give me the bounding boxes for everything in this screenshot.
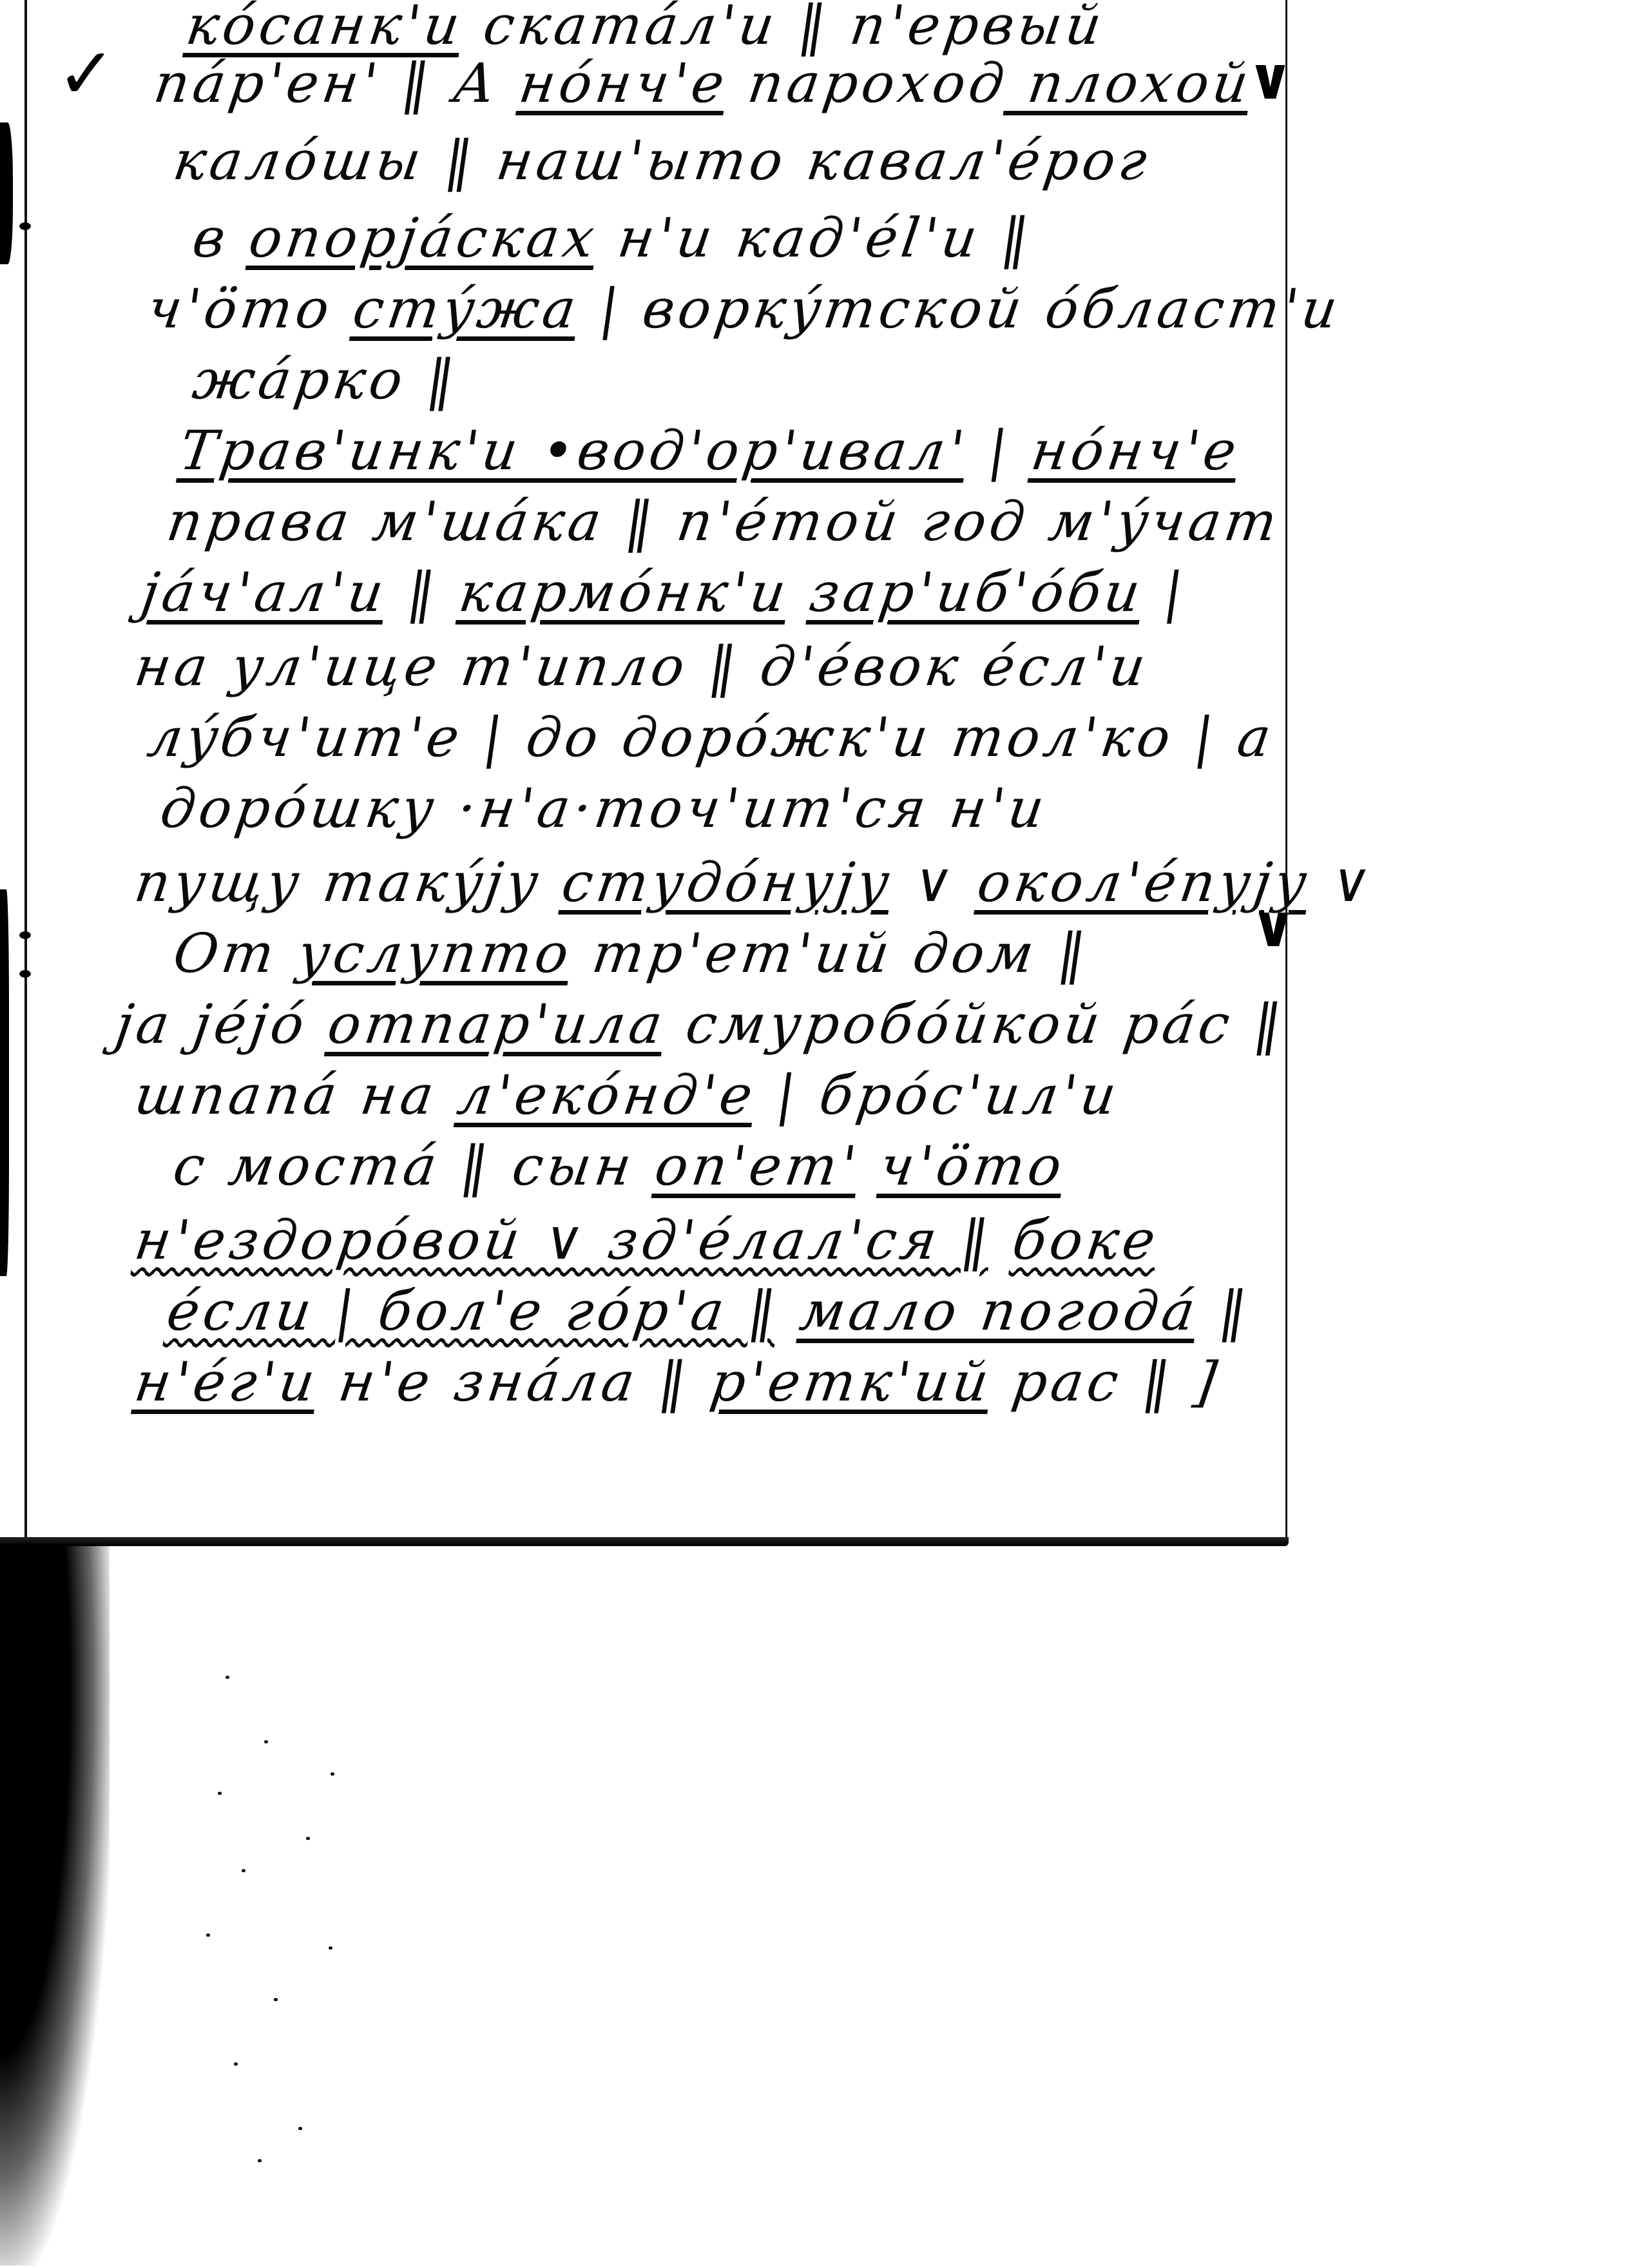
underlined-word: кармóнк'и (456, 561, 794, 624)
text-segment: jа jéjó (111, 993, 333, 1056)
text-line: дорóшку ·н'а·точ'ит'ся н'и (157, 777, 1052, 840)
text-segment: тр'ет'ий дом ‖ (568, 922, 1094, 985)
text-segment: скатáл'и ‖ п'ервый (459, 0, 1110, 57)
text-line: с мостá ‖ сын оп'ет' ч'ӧто (169, 1134, 1069, 1197)
underlined-word: н'ездорóвой ∨ зд'éлал'ся ‖ (131, 1208, 997, 1272)
underlined-word: нóнч'е (515, 52, 732, 115)
underlined-word: зар'иб'óби (805, 561, 1148, 624)
text-line: ч'ӧто стýжа | воркýтской óбласт'и (144, 277, 1345, 340)
underlined-word: н'éг'и (131, 1350, 323, 1413)
checkmark-icon: ∨ (1247, 45, 1294, 113)
underlined-word: боке (1009, 1208, 1163, 1272)
scan-speck (258, 2159, 262, 2162)
underlined-word: Трав'инк'и •вод'ор'ивал' (176, 419, 972, 482)
text-line: ко́санк'и скатáл'и ‖ п'ервый (182, 0, 1109, 57)
underlined-word: éсли | бол'е гóр'а ‖ (163, 1279, 783, 1342)
text-segment: От (169, 922, 303, 985)
scan-shadow (0, 122, 13, 264)
text-line: н'ездорóвой ∨ зд'éлал'ся ‖ боке (131, 1208, 1163, 1272)
underlined-word: нóнч'е (1028, 419, 1244, 482)
text-line: жáрко ‖ (189, 348, 463, 411)
text-segment: | (1139, 561, 1191, 624)
text-line: éсли | бол'е гóр'а ‖ мало погодá ‖ (163, 1279, 1254, 1342)
text-segment: пароход (723, 52, 1012, 115)
underlined-word: опорjáсках (245, 206, 602, 269)
binding-hole (19, 222, 31, 230)
underlined-word: услупто (294, 922, 576, 985)
checkmark-icon: ∨ (1250, 893, 1297, 960)
scan-speck (331, 1772, 334, 1776)
checkmark-icon: ✓ (57, 32, 116, 115)
text-line: пáр'ен' ‖ А нóнч'е пароход плохой (150, 52, 1256, 115)
text-line: пущу такýjу студóнуjу ∨ окол'éпуjу ∨ (131, 851, 1379, 914)
text-segment: ∨ (1305, 851, 1379, 914)
underlined-word: ч'ӧто (876, 1134, 1070, 1197)
text-line: на ул'ице т'ипло ‖ д'éвок éсл'и (131, 635, 1153, 698)
scan-speck (218, 1792, 222, 1795)
text-line: н'éг'и н'е знáла ‖ р'етк'ий рас ‖ ] (131, 1350, 1224, 1413)
underlined-word: ко́санк'и (182, 0, 467, 57)
text-line: jáч'ал'и ‖ кармóнк'и зар'иб'óби | (137, 561, 1191, 624)
text-segment: смуробóйкой рáс ‖ (661, 993, 1289, 1056)
text-segment: рас ‖ ] (987, 1350, 1224, 1413)
underlined-word: jáч'ал'и (137, 561, 391, 624)
text-segment: с мостá ‖ сын (169, 1134, 660, 1197)
text-segment: ч'ӧто (144, 277, 358, 340)
underlined-word: л'екóнд'е (454, 1063, 760, 1127)
text-segment: пáр'ен' ‖ А (150, 52, 524, 115)
text-segment: н'и кад'él'и ‖ (593, 206, 1037, 269)
text-line: jа jéjó отпар'ила смуробóйкой рáс ‖ (111, 993, 1289, 1056)
text-segment: в (189, 206, 254, 269)
text-line: лýбч'ит'е | до дорóжк'и тол'ко | а (144, 706, 1278, 769)
text-line: Трав'инк'и •вод'ор'ивал' | нóнч'е (176, 419, 1244, 482)
underlined-word: отпар'ила (324, 993, 670, 1056)
underlined-word: оп'ет' (651, 1134, 864, 1197)
scan-speck (264, 1740, 268, 1743)
page-bottom-edge (0, 1537, 1289, 1546)
binding-hole (19, 931, 31, 939)
text-segment: шпаná на (131, 1063, 463, 1127)
scan-speck (242, 1869, 245, 1872)
text-segment: | воркýтской óбласт'и (575, 277, 1345, 340)
binding-hole (19, 970, 31, 978)
scan-speck (306, 1837, 310, 1840)
scan-shadow-bottom (0, 1544, 110, 2265)
text-segment: н'е знáла ‖ (314, 1350, 716, 1413)
text-line: в опорjáсках н'и кад'él'и ‖ (189, 206, 1037, 269)
scan-speck (298, 2127, 302, 2130)
underlined-word: студóнуjу (558, 851, 897, 914)
text-segment: ‖ (1194, 1279, 1254, 1342)
scan-shadow (0, 889, 9, 1276)
scan-speck (206, 1934, 210, 1937)
binding-line (24, 0, 27, 1537)
text-segment: лýбч'ит'е | до дорóжк'и тол'ко | а (144, 706, 1278, 769)
text-line: калóшы ‖ наш'ыто кавал'éрог (169, 129, 1155, 192)
underlined-word: плохой (1003, 52, 1256, 115)
text-line: права м'шáка ‖ п'éтой год м'ýчат (163, 490, 1285, 553)
text-segment: пущу такýjу (131, 851, 567, 914)
text-line: шпаná на л'екóнд'е | брóс'ил'и (131, 1063, 1124, 1127)
text-segment: | (963, 419, 1036, 482)
text-segment: на ул'ице т'ипло ‖ д'éвок éсл'и (131, 635, 1153, 698)
text-segment: | брóс'ил'и (751, 1063, 1124, 1127)
text-segment: права м'шáка ‖ п'éтой год м'ýчат (163, 490, 1285, 553)
underlined-word: мало погодá (796, 1279, 1202, 1342)
scan-speck (234, 2062, 238, 2066)
scan-speck (226, 1676, 229, 1679)
text-segment: калóшы ‖ наш'ыто кавал'éрог (169, 129, 1155, 192)
underlined-word: стýжа (349, 277, 583, 340)
text-segment: ∨ (888, 851, 983, 914)
text-line: От услупто тр'ет'ий дом ‖ (169, 922, 1093, 985)
underlined-word: р'етк'ий (707, 1350, 996, 1413)
scan-speck (274, 1998, 278, 2001)
text-segment: ‖ (382, 561, 464, 624)
text-segment: жáрко ‖ (189, 348, 463, 411)
scan-speck (329, 1946, 332, 1950)
text-segment: дорóшку ·н'а·точ'ит'ся н'и (157, 777, 1052, 840)
